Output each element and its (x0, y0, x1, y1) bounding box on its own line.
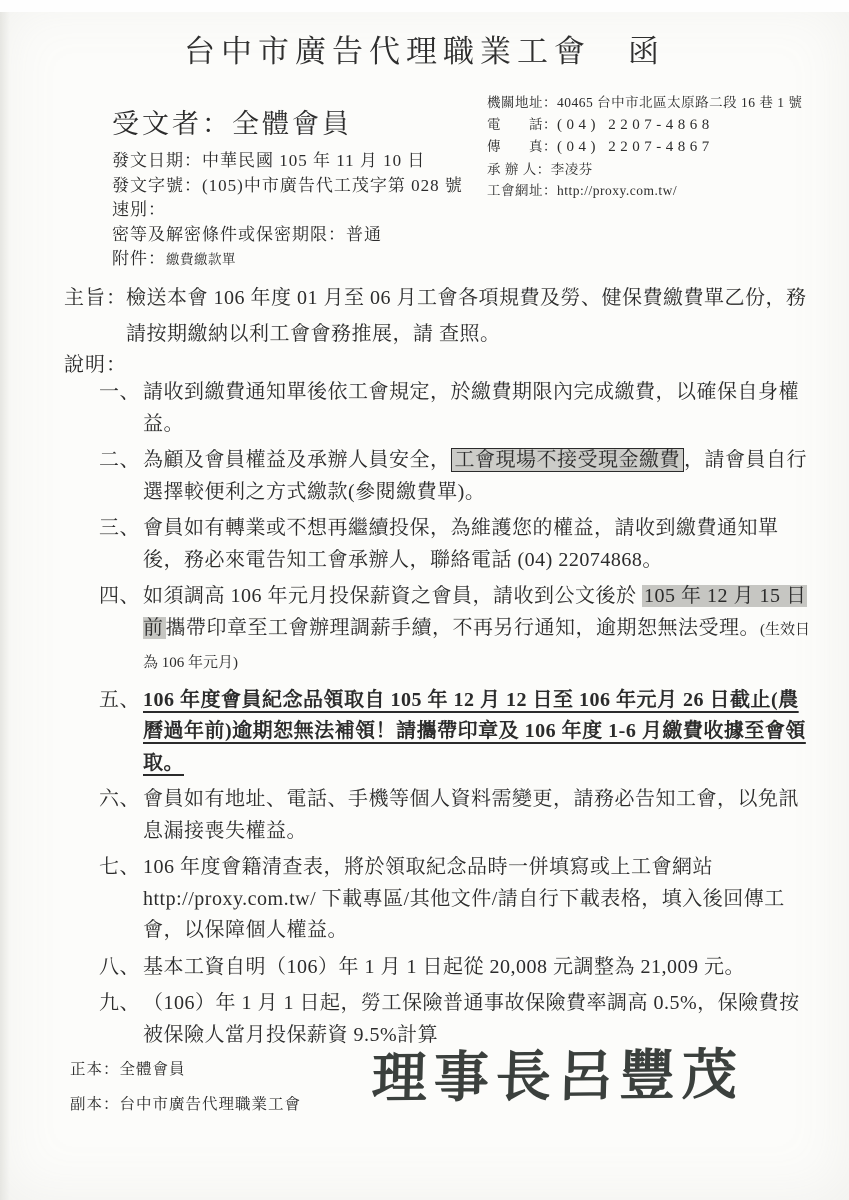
item-number: 六、 (99, 784, 140, 816)
list-item-4: 四、如須調高 106 年元月投保薪資之會員，請收到公文後於 105 年 12 月… (99, 581, 817, 680)
doc-number-label: 發文字號： (112, 176, 202, 195)
original-copy-label: 正本： (70, 1061, 120, 1078)
recipient-label: 受文者： (112, 109, 232, 139)
agency-address-value: 40465 台中市北區太原路二段 16 巷 1 號 (557, 95, 802, 110)
priority-row: 速別： (112, 198, 463, 223)
item-number: 三、 (99, 513, 140, 545)
agency-info-block: 機關地址：40465 台中市北區太原路二段 16 巷 1 號 電 話：(04) … (487, 92, 802, 202)
item-number: 四、 (99, 581, 140, 613)
item-text: 106 年度會籍清查表，將於領取紀念品時一併填寫或上工會網站 http://pr… (143, 856, 785, 941)
attachment-label: 附件： (112, 249, 166, 268)
item-text: 會員如有地址、電話、手機等個人資料需變更，請務必告知工會，以免訊息漏接喪失權益。 (143, 788, 799, 842)
agency-phone-row: 電 話：(04) 2207-4868 (487, 114, 802, 137)
agency-contact-row: 承 辦 人：李凌芬 (487, 159, 802, 181)
document-meta-block: 發文日期：中華民國 105 年 11 月 10 日 發文字號：(105)中市廣告… (112, 149, 463, 273)
agency-website-label: 工會網址： (487, 183, 557, 198)
scanned-letter-page: 台中市廣告代理職業工會 函 機關地址：40465 台中市北區太原路二段 16 巷… (0, 0, 849, 1200)
item-number: 一、 (99, 377, 140, 409)
list-item-2: 二、為顧及會員權益及承辦人員安全，工會現場不接受現金繳費，請會員自行選擇較便利之… (99, 445, 817, 508)
agency-fax-value: (04) 2207-4867 (557, 139, 714, 155)
item-number: 九、 (99, 988, 140, 1020)
item-text: 為顧及會員權益及承辦人員安全， (143, 449, 451, 471)
chairman-signature: 理事長呂豐茂 (371, 1030, 793, 1113)
list-item-1: 一、請收到繳費通知單後依工會規定，於繳費期限內完成繳費，以確保自身權益。 (99, 377, 817, 440)
list-item-8: 八、基本工資自明（106）年 1 月 1 日起從 20,008 元調整為 21,… (99, 952, 817, 984)
security-label: 密等及解密條件或保密期限： (112, 225, 346, 244)
issue-date-value: 中華民國 105 年 11 月 10 日 (202, 151, 425, 170)
original-copy-value: 全體會員 (120, 1061, 186, 1078)
attachment-value: 繳費繳款單 (166, 252, 236, 267)
explanation-items: 一、請收到繳費通知單後依工會規定，於繳費期限內完成繳費，以確保自身權益。 二、為… (99, 377, 817, 1056)
list-item-3: 三、會員如有轉業或不想再繼續投保，為維護您的權益，請收到繳費通知單後，務必來電告… (99, 513, 817, 576)
list-item-5: 五、106 年度會員紀念品領取自 105 年 12 月 12 日至 106 年元… (99, 685, 817, 780)
recipient-line: 受文者：全體會員 (112, 102, 352, 141)
agency-contact-label: 承 辦 人： (487, 162, 551, 177)
agency-phone-label: 電 話： (487, 117, 557, 132)
original-copy-line: 正本：全體會員 (70, 1057, 186, 1079)
agency-phone-value: (04) 2207-4868 (557, 117, 714, 133)
agency-address-row: 機關地址：40465 台中市北區太原路二段 16 巷 1 號 (487, 92, 802, 114)
recipient-value: 全體會員 (232, 109, 352, 139)
page-title: 台中市廣告代理職業工會 函 (0, 26, 849, 71)
item-text: 如須調高 106 年元月投保薪資之會員，請收到公文後於 (143, 585, 642, 607)
doc-number-value: (105)中市廣告代工茂字第 028 號 (202, 176, 463, 195)
agency-website-row: 工會網址：http://proxy.com.tw/ (487, 180, 802, 202)
agency-address-label: 機關地址： (487, 95, 557, 110)
subject-label: 主旨： (64, 280, 127, 316)
security-value: 普通 (346, 225, 382, 244)
item-number: 五、 (99, 685, 140, 717)
subject-text: 檢送本會 106 年度 01 月至 06 月工會各項規費及勞、健保費繳費單乙份，… (126, 287, 807, 345)
item-text: 基本工資自明（106）年 1 月 1 日起從 20,008 元調整為 21,00… (143, 956, 745, 978)
item-text: 請收到繳費通知單後依工會規定，於繳費期限內完成繳費，以確保自身權益。 (143, 381, 799, 435)
issue-date-label: 發文日期： (112, 151, 202, 170)
doc-number-row: 發文字號：(105)中市廣告代工茂字第 028 號 (112, 174, 463, 199)
item-text: 會員如有轉業或不想再繼續投保，為維護您的權益，請收到繳費通知單後，務必來電告知工… (143, 517, 779, 571)
attachment-row: 附件：繳費繳款單 (112, 247, 463, 273)
priority-label: 速別： (112, 200, 166, 219)
agency-website-value: http://proxy.com.tw/ (557, 183, 677, 198)
item-number: 七、 (99, 852, 140, 884)
subject-line: 主旨：檢送本會 106 年度 01 月至 06 月工會各項規費及勞、健保費繳費單… (64, 280, 826, 352)
list-item-7: 七、106 年度會籍清查表，將於領取紀念品時一併填寫或上工會網站 http://… (99, 852, 817, 947)
issue-date-row: 發文日期：中華民國 105 年 11 月 10 日 (112, 149, 463, 174)
boxed-notice: 工會現場不接受現金繳費 (451, 448, 685, 472)
cc-copy-line: 副本：台中市廣告代理職業工會 (70, 1092, 301, 1114)
cc-copy-label: 副本： (70, 1096, 120, 1113)
list-item-6: 六、會員如有地址、電話、手機等個人資料需變更，請務必告知工會，以免訊息漏接喪失權… (99, 784, 817, 847)
emphasized-text: 106 年度會員紀念品領取自 105 年 12 月 12 日至 106 年元月 … (143, 689, 806, 774)
item-number: 二、 (99, 445, 140, 477)
item-text: 攜帶印章至工會辦理調薪手續，不再另行通知，逾期恕無法受理。 (166, 617, 761, 639)
security-row: 密等及解密條件或保密期限：普通 (112, 223, 463, 248)
agency-fax-label: 傳 真： (487, 139, 557, 154)
explanation-label: 說明： (64, 348, 127, 377)
agency-fax-row: 傳 真：(04) 2207-4867 (487, 136, 802, 159)
agency-contact-value: 李凌芬 (551, 162, 593, 177)
item-number: 八、 (99, 952, 140, 984)
cc-copy-value: 台中市廣告代理職業工會 (120, 1096, 302, 1113)
